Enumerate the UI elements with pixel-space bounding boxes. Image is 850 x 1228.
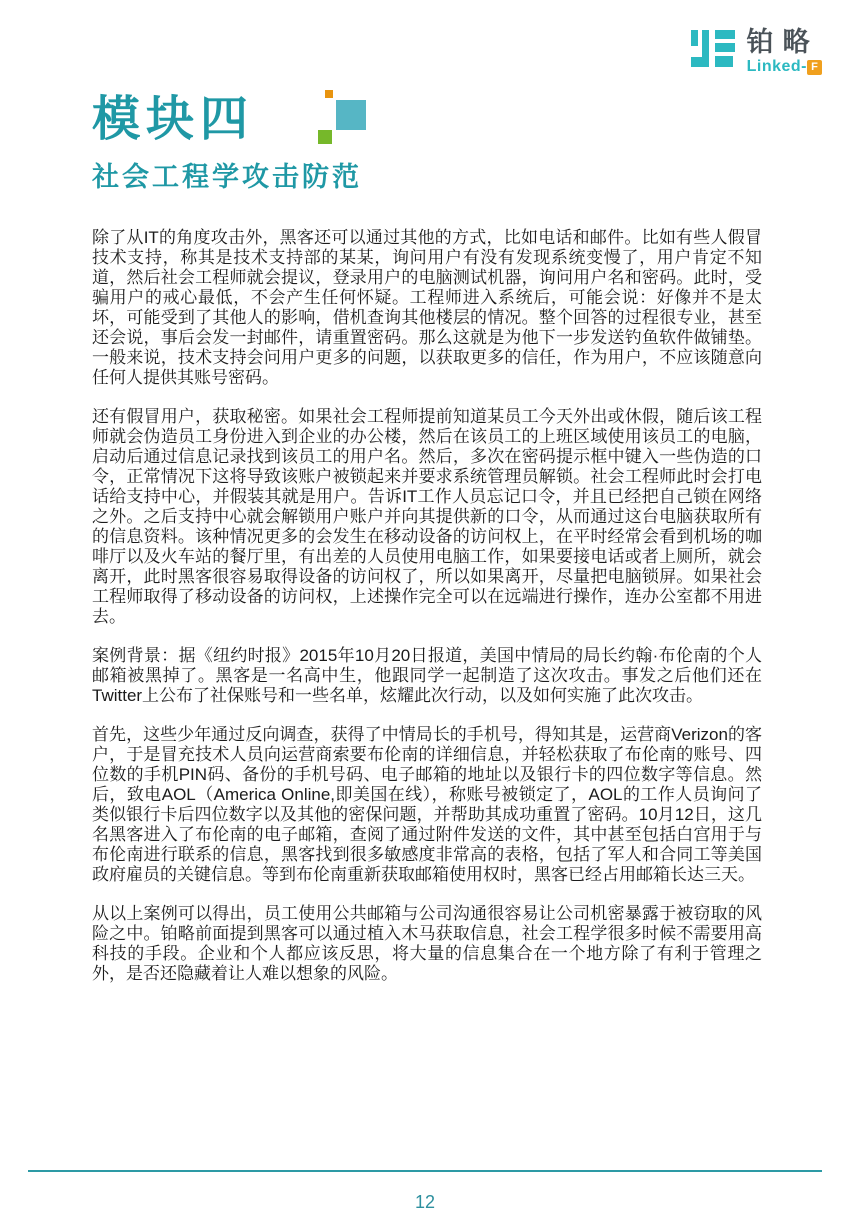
module-title: 模块四 — [92, 92, 254, 148]
paragraph-intro-fake-tech-support: 除了从IT的角度攻击外，黑客还可以通过其他的方式，比如电话和邮件。比如有些人假冒… — [92, 228, 762, 388]
paragraph-case-background: 案例背景：据《纽约时报》2015年10月20日报道，美国中情局的局长约翰·布伦南… — [92, 646, 762, 706]
document-page: 铂略 Linked- F 模块四 社会工程学攻击防范 除了从IT的角度攻击外，黑… — [0, 0, 850, 1228]
brand-logo-text: 铂略 Linked- F — [747, 27, 822, 76]
brand-f-badge: F — [807, 60, 822, 75]
brand-name-chinese: 铂略 — [747, 27, 819, 57]
brand-name-english: Linked- — [747, 58, 807, 76]
body-text: 除了从IT的角度攻击外，黑客还可以通过其他的方式，比如电话和邮件。比如有些人假冒… — [92, 228, 762, 1003]
decorative-squares — [316, 88, 372, 146]
decorative-square-teal — [336, 100, 366, 130]
footer-divider — [28, 1170, 822, 1172]
page-number: 12 — [0, 1192, 850, 1213]
decorative-square-orange — [325, 90, 333, 98]
paragraph-fake-user: 还有假冒用户，获取秘密。如果社会工程师提前知道某员工今天外出或休假，随后该工程师… — [92, 407, 762, 627]
decorative-square-green — [318, 130, 332, 144]
module-subtitle: 社会工程学攻击防范 — [92, 160, 362, 194]
paragraph-conclusion: 从以上案例可以得出，员工使用公共邮箱与公司沟通很容易让公司机密暴露于被窃取的风险… — [92, 904, 762, 984]
brand-logo: 铂略 Linked- F — [691, 27, 822, 76]
paragraph-case-details: 首先，这些少年通过反向调查，获得了中情局长的手机号，得知其是，运营商Verizo… — [92, 725, 762, 885]
linked-f-logo-icon — [691, 27, 737, 69]
